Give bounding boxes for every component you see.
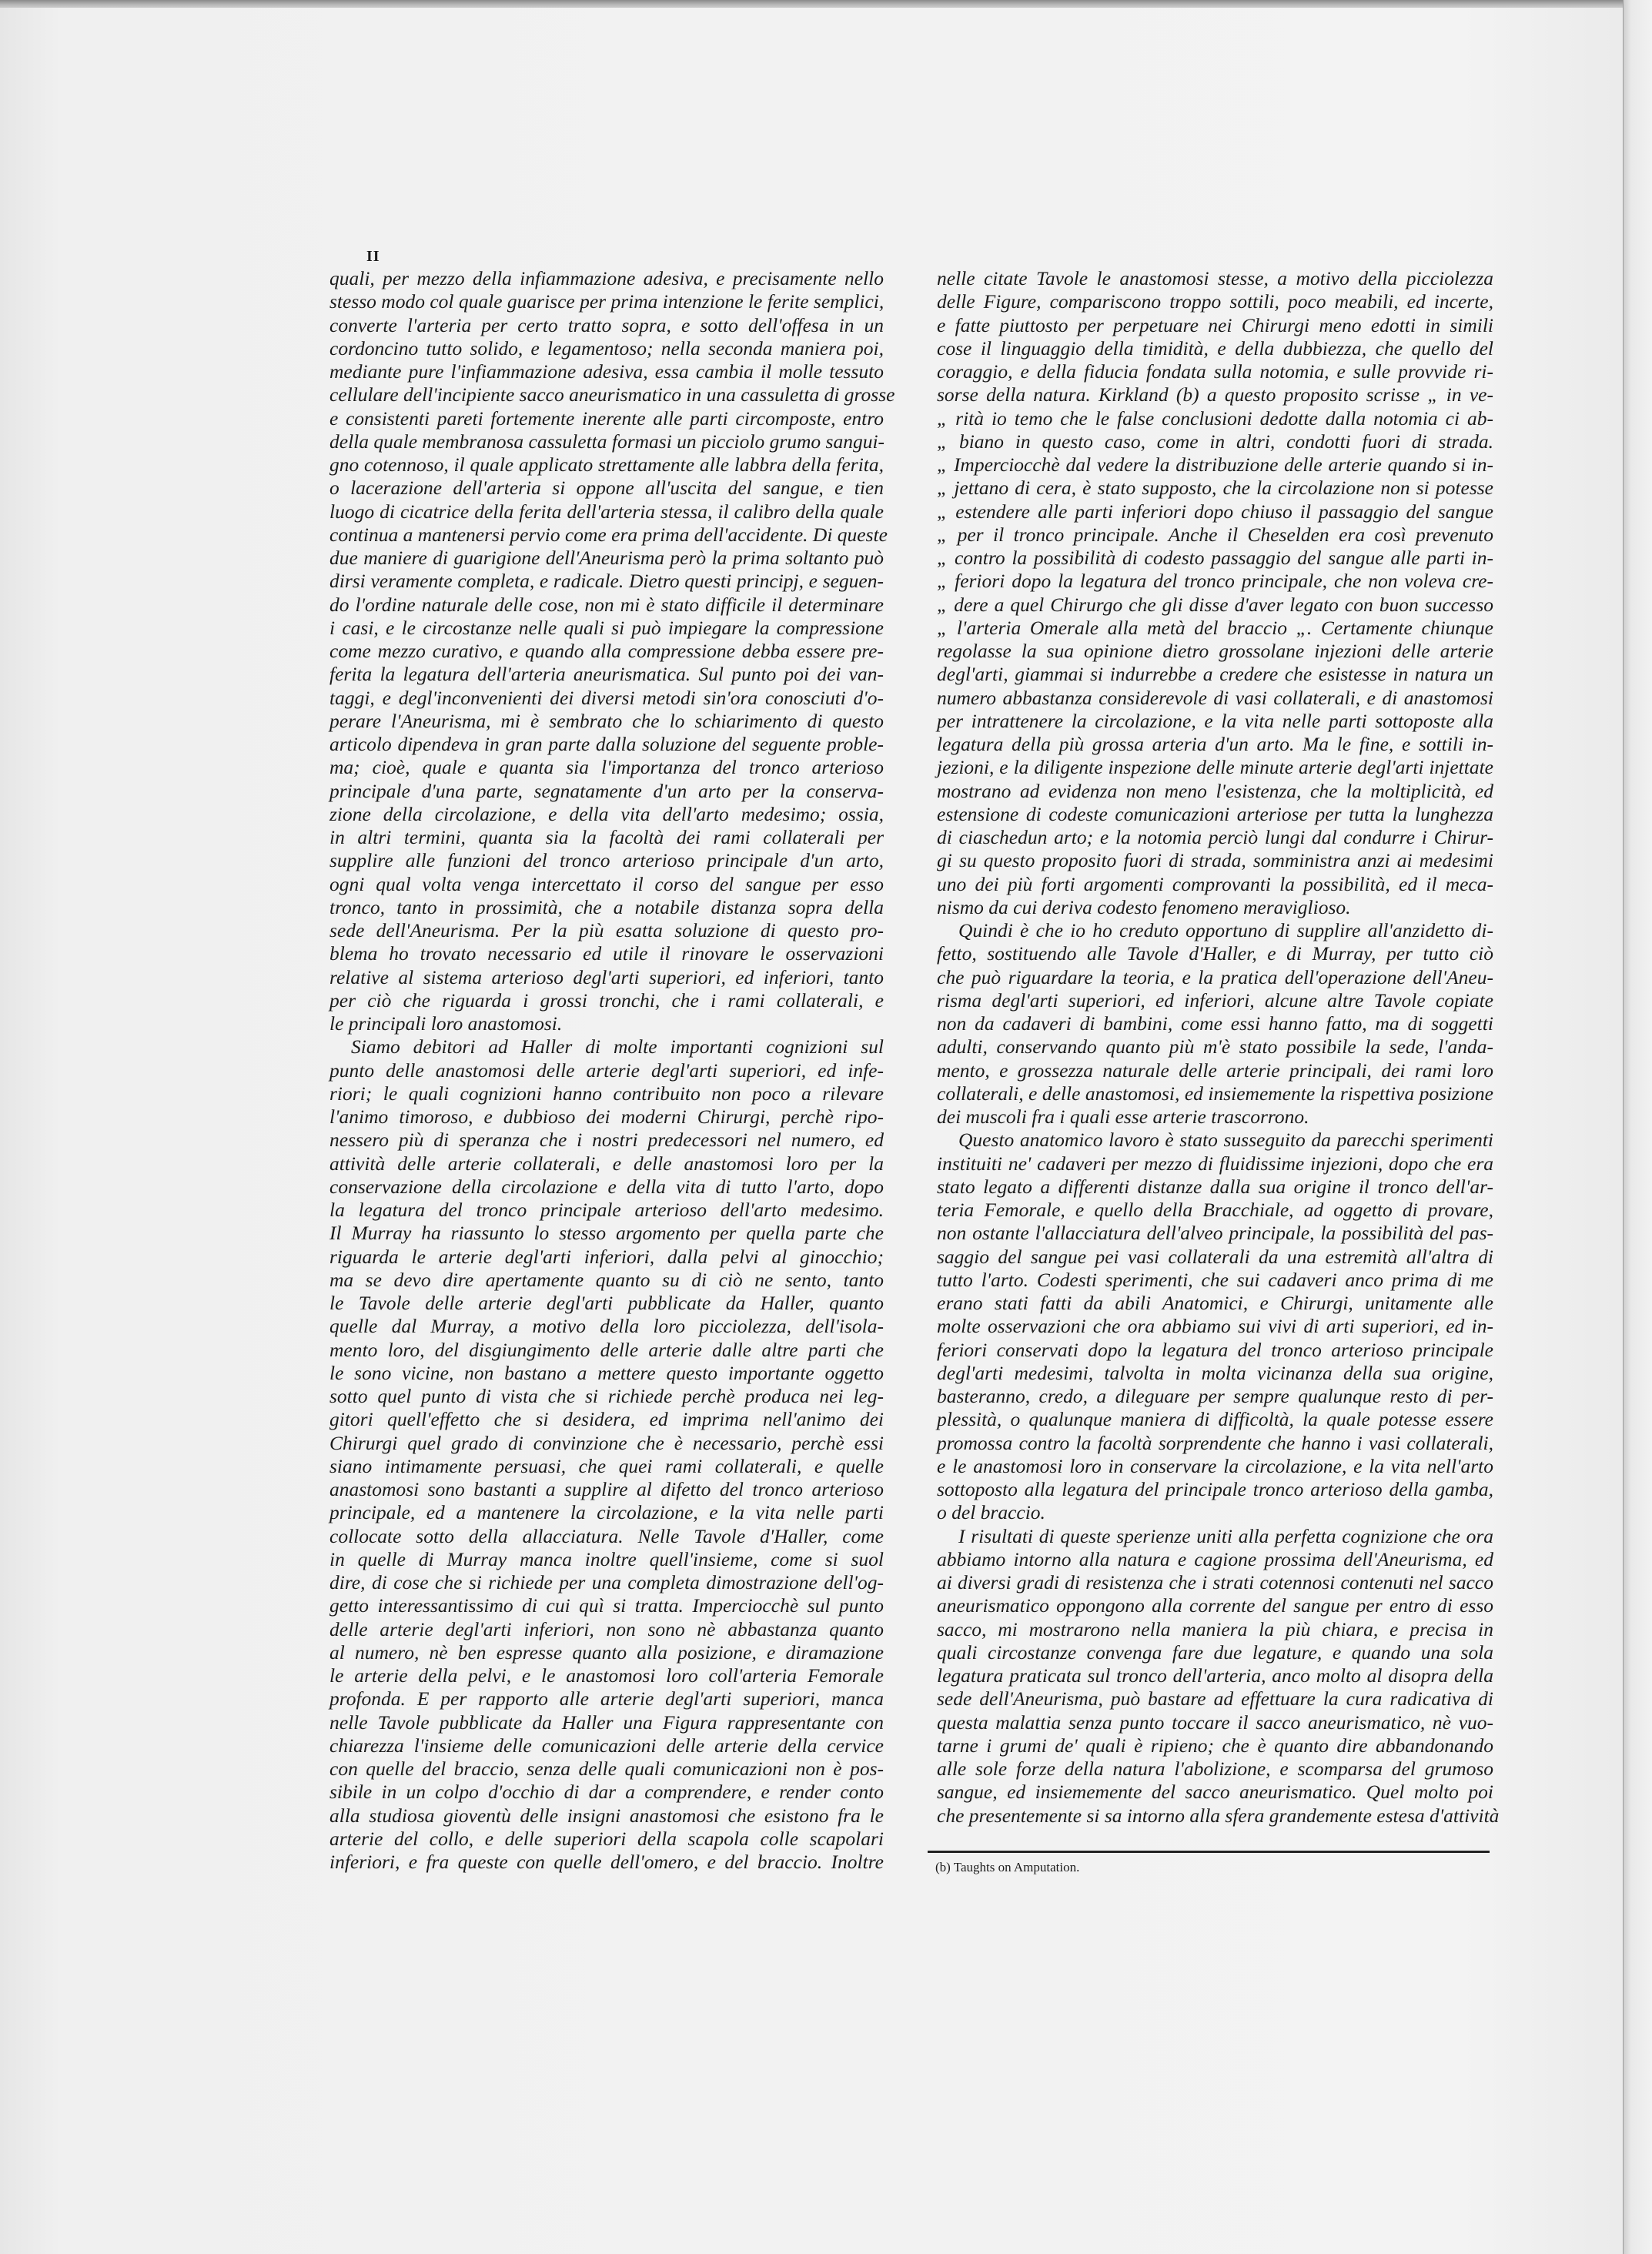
text-line: non ostante l'allacciatura dell'alveo pr… [937, 1222, 1493, 1245]
text-line: le arterie della pelvi, e le anastomosi … [329, 1664, 884, 1687]
text-line: attività delle arterie collaterali, e de… [329, 1152, 884, 1175]
text-line: nessero più di speranza che i nostri pre… [329, 1129, 884, 1152]
text-line: mento loro, del disgiungimento delle art… [329, 1339, 884, 1362]
text-line: cose il linguaggio della timidità, e del… [937, 337, 1493, 360]
text-line: sangue, ed insiememente del sacco aneuri… [937, 1781, 1493, 1804]
text-line: feriori conservati dopo la legatura del … [937, 1339, 1493, 1362]
text-line: siano intimamente persuasi, che quei ram… [329, 1455, 884, 1478]
text-line: quelle dal Murray, a motivo della loro p… [329, 1315, 884, 1338]
text-line: zione della circolazione, e della vita d… [329, 803, 884, 826]
text-line: collaterali, e delle anastomosi, ed insi… [937, 1082, 1493, 1105]
text-line: sede dell'Aneurisma. Per la più esatta s… [329, 919, 884, 942]
text-line: sottoposto alla legatura del principale … [937, 1478, 1493, 1501]
text-line: gno cotennoso, il quale applicato strett… [329, 453, 884, 477]
text-line: gi su questo proposito fuori di strada, … [937, 849, 1493, 872]
text-line: Il Murray ha riassunto lo stesso argomen… [329, 1222, 884, 1245]
text-line: sacco, mi mostrarono nella maniera la pi… [937, 1618, 1493, 1641]
text-line: la legatura del tronco principale arteri… [329, 1199, 884, 1222]
text-line: e le anastomosi loro in conservare la ci… [937, 1455, 1493, 1478]
left-text-column: quali, per mezzo della infiammazione ade… [329, 267, 884, 1874]
text-line: dei muscoli fra i quali esse arterie tra… [937, 1105, 1493, 1129]
text-line: instituiti ne' cadaveri per mezzo di flu… [937, 1152, 1493, 1175]
text-line: collocate sotto della allacciatura. Nell… [329, 1525, 884, 1548]
text-line: alla studiosa gioventù delle insigni ana… [329, 1804, 884, 1828]
text-line: saggio del sangue pei vasi collaterali d… [937, 1246, 1493, 1269]
text-line: legatura praticata sul tronco dell'arter… [937, 1664, 1493, 1687]
text-line: mento, e grossezza naturale delle arteri… [937, 1059, 1493, 1082]
text-line: principale, ed a mantenere la circolazio… [329, 1501, 884, 1524]
text-line: arterie del collo, e delle superiori del… [329, 1828, 884, 1851]
text-line: luogo di cicatrice della ferita dell'art… [329, 500, 884, 523]
footnote: (b) Taughts on Amputation. [935, 1860, 1079, 1875]
text-line: in altri termini, quanta sia la facoltà … [329, 826, 884, 849]
text-line: „ rità io temo che le false conclusioni … [937, 407, 1493, 430]
text-line: con quelle del braccio, senza delle qual… [329, 1757, 884, 1781]
text-line: ferita la legatura dell'arteria aneurism… [329, 663, 884, 686]
text-line: Siamo debitori ad Haller di molte import… [329, 1035, 884, 1058]
text-line: stato legato a differenti distanze dalla… [937, 1175, 1493, 1199]
text-line: fetto, sostituendo alle Tavole d'Haller,… [937, 942, 1493, 965]
text-line: aneurismatico oppongono alla corrente de… [937, 1594, 1493, 1617]
text-line: che può riguardare la teoria, e la prati… [937, 966, 1493, 989]
text-line: do l'ordine naturale delle cose, non mi … [329, 594, 884, 617]
right-text-column: nelle citate Tavole le anastomosi stesse… [937, 267, 1493, 1828]
text-line: in quelle di Murray manca inoltre quell'… [329, 1548, 884, 1571]
text-line: articolo dipendeva in gran parte dalla s… [329, 733, 884, 756]
text-line: quali circostanze convenga fare due lega… [937, 1641, 1493, 1664]
text-line: principale d'una parte, segnatamente d'u… [329, 780, 884, 803]
text-line: „ estendere alle parti inferiori dopo ch… [937, 500, 1493, 523]
text-line: dirsi veramente completa, e radicale. Di… [329, 570, 884, 593]
text-line: „ jettano di cera, è stato supposto, che… [937, 477, 1493, 500]
text-line: blema ho trovato necessario ed utile il … [329, 942, 884, 965]
text-line: per ciò che riguarda i grossi tronchi, c… [329, 989, 884, 1012]
text-line: tarne i grumi de' quali è ripieno; che è… [937, 1734, 1493, 1757]
text-line: quali, per mezzo della infiammazione ade… [329, 267, 884, 290]
text-line: questa malattia senza punto toccare il s… [937, 1711, 1493, 1734]
page-number: II [366, 248, 380, 266]
text-line: jezioni, e la diligente inspezione delle… [937, 756, 1493, 779]
text-line: „ dere a quel Chirurgo che gli disse d'a… [937, 594, 1493, 617]
text-line: al numero, nè ben espresse quanto alla p… [329, 1641, 884, 1664]
text-line: taggi, e degl'inconvenienti dei diversi … [329, 687, 884, 710]
text-line: risma degl'arti superiori, ed inferiori,… [937, 989, 1493, 1012]
text-line: della quale membranosa cassuletta formas… [329, 430, 884, 453]
text-line: coraggio, e della fiducia fondata sulla … [937, 360, 1493, 383]
text-line: stesso modo col quale guarisce per prima… [329, 290, 884, 313]
text-line: dire, di cose che si richiede per una co… [329, 1571, 884, 1594]
text-line: sibile in un colpo d'occhio di dar a com… [329, 1781, 884, 1804]
text-line: sotto quel punto di vista che si richied… [329, 1385, 884, 1408]
text-line: supplire alle funzioni del tronco arteri… [329, 849, 884, 872]
text-line: nelle citate Tavole le anastomosi stesse… [937, 267, 1493, 290]
text-line: l'animo timoroso, e dubbioso dei moderni… [329, 1105, 884, 1129]
text-line: anastomosi sono bastanti a supplire al d… [329, 1478, 884, 1501]
text-line: delle Figure, compariscono troppo sottil… [937, 290, 1493, 313]
text-line: degl'arti medesimi, talvolta in molta vi… [937, 1362, 1493, 1385]
text-line: perare l'Aneurisma, mi è sembrato che lo… [329, 710, 884, 733]
text-line: plessità, o qualunque maniera di diffico… [937, 1408, 1493, 1431]
text-line: molte osservazioni che ora abbiamo sui v… [937, 1315, 1493, 1338]
text-line: che presentemente si sa intorno alla sfe… [937, 1804, 1493, 1828]
text-line: converte l'arteria per certo tratto sopr… [329, 314, 884, 337]
text-line: sede dell'Aneurisma, può bastare ad effe… [937, 1687, 1493, 1711]
text-line: o lacerazione dell'arteria si oppone all… [329, 477, 884, 500]
text-line: riguarda le arterie degl'arti inferiori,… [329, 1246, 884, 1269]
text-line: non da cadaveri di bambini, come essi ha… [937, 1012, 1493, 1035]
text-line: mediante pure l'infiammazione adesiva, e… [329, 360, 884, 383]
text-line: conservazione della circolazione e della… [329, 1175, 884, 1199]
text-line: legatura della più grossa arteria d'un a… [937, 733, 1493, 756]
text-line: ai diversi gradi di resistenza che i str… [937, 1571, 1493, 1594]
text-line: „ feriori dopo la legatura del tronco pr… [937, 570, 1493, 593]
text-line: mostrano ad evidenza non meno l'esistenz… [937, 780, 1493, 803]
text-line: delle arterie degl'arti inferiori, non s… [329, 1618, 884, 1641]
text-line: chiarezza l'insieme delle comunicazioni … [329, 1734, 884, 1757]
text-line: „ biano in questo caso, come in altri, c… [937, 430, 1493, 453]
text-line: le Tavole delle arterie degl'arti pubbli… [329, 1292, 884, 1315]
text-line: cellulare dell'incipiente sacco aneurism… [329, 383, 884, 406]
page-edge-fold [1623, 0, 1652, 2254]
text-line: „ Imperciocchè dal vedere la distribuzio… [937, 453, 1493, 477]
text-line: e fatte piuttosto per perpetuare nei Chi… [937, 314, 1493, 337]
text-line: „ contro la possibilità di codesto passa… [937, 547, 1493, 570]
text-line: basteranno, credo, a dileguare per sempr… [937, 1385, 1493, 1408]
text-line: degl'arti, giammai si indurrebbe a crede… [937, 663, 1493, 686]
text-line: o del braccio. [937, 1501, 1493, 1524]
text-line: e consistenti pareti fortemente inerente… [329, 407, 884, 430]
footnote-divider [928, 1851, 1490, 1853]
text-line: tutto l'arto. Codesti sperimenti, che su… [937, 1269, 1493, 1292]
text-line: abbiamo intorno alla natura e cagione pr… [937, 1548, 1493, 1571]
text-line: per intrattenere la circolazione, e la v… [937, 710, 1493, 733]
text-line: erano stati fatti da abili Anatomici, e … [937, 1292, 1493, 1315]
text-line: estensione di codeste comunicazioni arte… [937, 803, 1493, 826]
text-line: I risultati di queste sperienze uniti al… [937, 1525, 1493, 1548]
text-line: riori; le quali cognizioni hanno contrib… [329, 1082, 884, 1105]
text-line: ogni qual volta venga intercettato il co… [329, 873, 884, 896]
text-line: teria Femorale, e quello della Bracchial… [937, 1199, 1493, 1222]
text-line: promossa contro la facoltà sorprendente … [937, 1432, 1493, 1455]
text-line: i casi, e le circostanze nelle quali si … [329, 617, 884, 640]
text-line: inferiori, e fra queste con quelle dell'… [329, 1851, 884, 1874]
text-line: ma se devo dire apertamente quanto su di… [329, 1269, 884, 1292]
text-line: adulti, conservando quanto più m'è stato… [937, 1035, 1493, 1058]
text-line: „ l'arteria Omerale alla metà del bracci… [937, 617, 1493, 640]
text-line: le sono vicine, non bastano a mettere qu… [329, 1362, 884, 1385]
text-line: uno dei più forti argomenti comprovanti … [937, 873, 1493, 896]
text-line: due maniere di guarigione dell'Aneurisma… [329, 547, 884, 570]
text-line: ma; cioè, quale e quanta sia l'importanz… [329, 756, 884, 779]
text-line: numero abbastanza considerevole di vasi … [937, 687, 1493, 710]
text-line: nismo da cui deriva codesto fenomeno mer… [937, 896, 1493, 919]
text-line: nelle Tavole pubblicate da Haller una Fi… [329, 1711, 884, 1734]
text-line: Questo anatomico lavoro è stato sussegui… [937, 1129, 1493, 1152]
text-line: sorse della natura. Kirkland (b) a quest… [937, 383, 1493, 406]
text-line: getto interessantissimo di cui quì si tr… [329, 1594, 884, 1617]
text-line: Chirurgi quel grado di convinzione che è… [329, 1432, 884, 1455]
text-line: Quindi è che io ho creduto opportuno di … [937, 919, 1493, 942]
text-line: le principali loro anastomosi. [329, 1012, 884, 1035]
text-line: relative al sistema arterioso degl'arti … [329, 966, 884, 989]
text-line: alle sole forze della natura l'abolizion… [937, 1757, 1493, 1781]
text-line: di ciaschedun arto; e la notomia perciò … [937, 826, 1493, 849]
text-line: gitori quell'effetto che si desidera, ed… [329, 1408, 884, 1431]
text-line: punto delle anastomosi delle arterie deg… [329, 1059, 884, 1082]
text-line: come mezzo curativo, e quando alla compr… [329, 640, 884, 663]
text-line: regolasse la sua opinione dietro grossol… [937, 640, 1493, 663]
text-line: cordoncino tutto solido, e legamentoso; … [329, 337, 884, 360]
text-line: continua a mantenersi pervio come era pr… [329, 523, 884, 547]
text-line: tronco, tanto in prossimità, che a notab… [329, 896, 884, 919]
text-line: profonda. E per rapporto alle arterie de… [329, 1687, 884, 1711]
text-line: „ per il tronco principale. Anche il Che… [937, 523, 1493, 547]
